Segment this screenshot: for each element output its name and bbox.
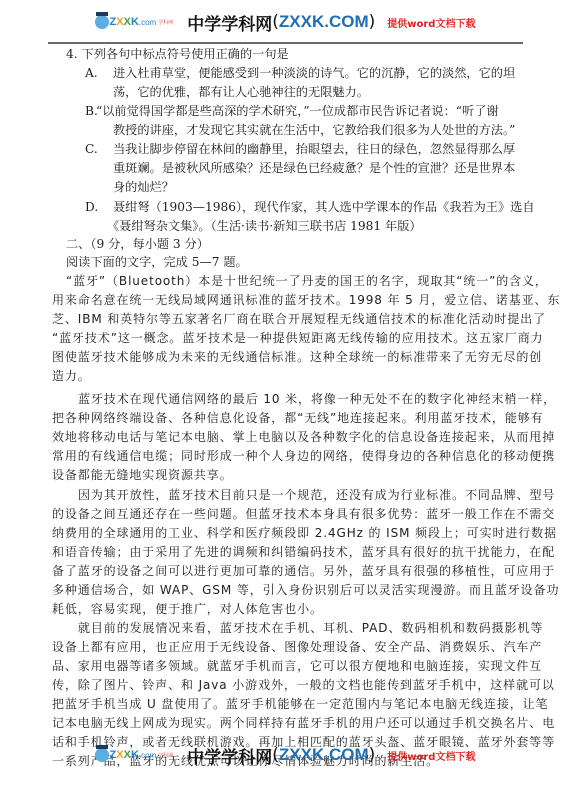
para-3-line-1: 因为其开放性，蓝牙技术目前只是一个规范，还没有成为行业标准。不同品牌、型号 [78, 487, 555, 503]
para-2-line-3: 效地将移动电话与笔记本电脑、掌上电脑以及各种数字化的信息设备连接起来，从而甩掉 [52, 429, 555, 445]
logo-small-text: 学科网 [158, 19, 173, 26]
para-2-line-4: 常用的有线通信电缆；同时形成一种个人身边的网络，使得身边的各种信息化的移动便携 [52, 448, 555, 464]
option-b-line-1: “以前觉得国学都是些高深的学术研究，”一位成都市民告诉记者说：“听了谢 [96, 103, 499, 119]
paren-open: ( [272, 12, 279, 32]
zxxk-logo[interactable]: ZXXK.com 学科网 [95, 15, 174, 29]
site-domain-link[interactable]: ZXXK.COM [279, 745, 369, 765]
site-domain-link[interactable]: ZXXK.COM [279, 12, 369, 32]
para-2-line-2: 把各种网络终端设备、各种信息化设备，都“无线”地连接起来。利用蓝牙技术，能够有 [52, 410, 544, 426]
para-4-line-1: 就目前的发展情况来看，蓝牙技术在手机、耳机、PAD、数码相机和数码摄影机等 [78, 620, 543, 636]
para-1-line-1: “蓝牙”（Bluetooth）本是十世纪统一了丹麦的国王的名字，现取其“统一”的… [66, 273, 548, 289]
logo-text: ZXXK.com [110, 749, 157, 761]
zxxk-logo-bottom[interactable]: ZXXK.com 学科网 [95, 748, 174, 762]
site-banner-bottom: ZXXK.com 学科网 中学学科网 ( ZXXK.COM ) 提供word文档… [0, 743, 570, 767]
download-tagline-link[interactable]: 提供word文档下载 [387, 15, 475, 30]
logo-text: ZXXK.com [110, 16, 157, 28]
para-3-line-6: 多种通信场合，如 WAP、GSM 等，引入身份识别后可以灵活实现漫游。而且蓝牙设… [52, 582, 559, 598]
para-4-line-6: 记本电脑无线上网成为现实。两个同样持有蓝牙手机的用户还可以通过手机交换名片、电 [52, 715, 555, 731]
site-name: 中学学科网 [187, 743, 272, 768]
header-divider [48, 42, 523, 44]
para-1-line-2: 用来命名意在统一无线局域网通讯标准的蓝牙技术。1998 年 5 月，爱立信、诺基… [52, 292, 560, 308]
option-d-line-2: 《聂绀弩杂文集》。（生活·读书·新知三联书店 1981 年版） [107, 218, 422, 234]
para-2-line-5: 设备都能无缝地实现资源共享。 [52, 467, 233, 483]
download-tagline-link[interactable]: 提供word文档下载 [387, 748, 475, 763]
para-3-line-5: 备了蓝牙的设备之间可以进行更加可靠的通信。另外，蓝牙具有很强的移植性，可应用于 [52, 563, 555, 579]
para-4-line-3: 品、家用电器等诸多领域。就蓝牙手机而言，它可以很方便地和电脑连接，实现文件互 [52, 658, 542, 674]
section-2-heading: 二、（9 分，每小题 3 分） [66, 236, 209, 252]
option-a-line-2: 荡，它的优雅，都有让人心驰神往的无限魅力。 [113, 84, 369, 100]
para-3-line-4: 和语音传输；由于采用了先进的调频和纠错编码技术，蓝牙具有很好的抗干扰能力，在配 [52, 544, 555, 560]
option-a-line-1: 进入杜甫草堂，便能感受到一种淡淡的诗气。它的沉静，它的淡然，它的坦 [113, 65, 515, 81]
para-3-line-3: 纳费用的全球通用的工业、科学和医疗频段即 2.4GHz 的 ISM 频段上；可实… [52, 525, 557, 541]
site-banner-top: ZXXK.com 学科网 中学学科网 ( ZXXK.COM ) 提供word文档… [0, 10, 570, 34]
para-4-line-5: 把蓝牙手机当成 U 盘使用了。蓝牙手机能够在一定范围内与笔记本电脑无线连接，让笔 [52, 696, 548, 712]
question-4-stem: 4. 下列各句中标点符号使用正确的一句是 [66, 46, 289, 62]
paren-close: ) [369, 12, 376, 32]
para-4-line-2: 设备上都有应用，也正应用于无线设备、图像处理设备、安全产品、消费娱乐、汽车产 [52, 639, 542, 655]
logo-small-text: 学科网 [158, 752, 173, 759]
para-4-line-4: 传，除了图片、铃声、和 Java 小游戏外，一般的文档也能传到蓝牙手机中，这样就… [52, 677, 555, 693]
para-3-line-2: 的设备之间互通还存在一些问题。但蓝牙技术本身具有很多优势：蓝牙一般工作在不需交 [52, 506, 555, 522]
paren-close: ) [369, 745, 376, 765]
para-1-line-3: 芝、IBM 和英特尔等五家著名厂商在联合开展短程无线通信技术的标准化活动时提出了 [52, 311, 546, 327]
option-c-line-1: 当我让脚步停留在林间的幽静里，抬眼望去，往日的绿色，忽然显得那么厚 [113, 141, 515, 157]
option-a-letter: A. [85, 65, 98, 81]
para-1-line-5: 图使蓝牙技术能够成为未来的无线通信标准。这种全球统一的标准带来了无穷无尽的创 [52, 349, 542, 365]
mascot-icon [95, 748, 109, 762]
option-d-letter: D. [85, 199, 98, 215]
para-2-line-1: 蓝牙技术在现代通信网络的最后 10 米，将像一种无处不在的数字化神经末梢一样， [78, 391, 556, 407]
site-name: 中学学科网 [187, 10, 272, 35]
option-c-line-2: 重斑斓。是被秋风所感染？还是绿色已经疲惫？是个性的宣泄？还是世界本 [113, 160, 515, 176]
section-2-instruction: 阅读下面的文字，完成 5—7 题。 [66, 254, 248, 270]
option-b-line-2: 教授的讲座，才发现它其实就在生活中，它教给我们很多为人处世的方法。” [113, 122, 515, 138]
option-c-line-3: 身的灿烂？ [113, 179, 174, 195]
option-d-line-1: 聂绀弩（1903—1986），现代作家，其人选中学课本的作品《我若为王》选自 [113, 199, 535, 215]
paren-open: ( [272, 745, 279, 765]
mascot-icon [95, 15, 109, 29]
para-1-line-4: “蓝牙技术”这一概念。蓝牙技术是一种提供短距离无线传输的应用技术。这五家厂商力 [52, 330, 544, 346]
para-3-line-7: 耗低，容易实现，便于推广，对人体危害也小。 [52, 601, 323, 617]
option-c-letter: C. [85, 141, 98, 157]
para-1-line-6: 造力。 [52, 368, 91, 384]
